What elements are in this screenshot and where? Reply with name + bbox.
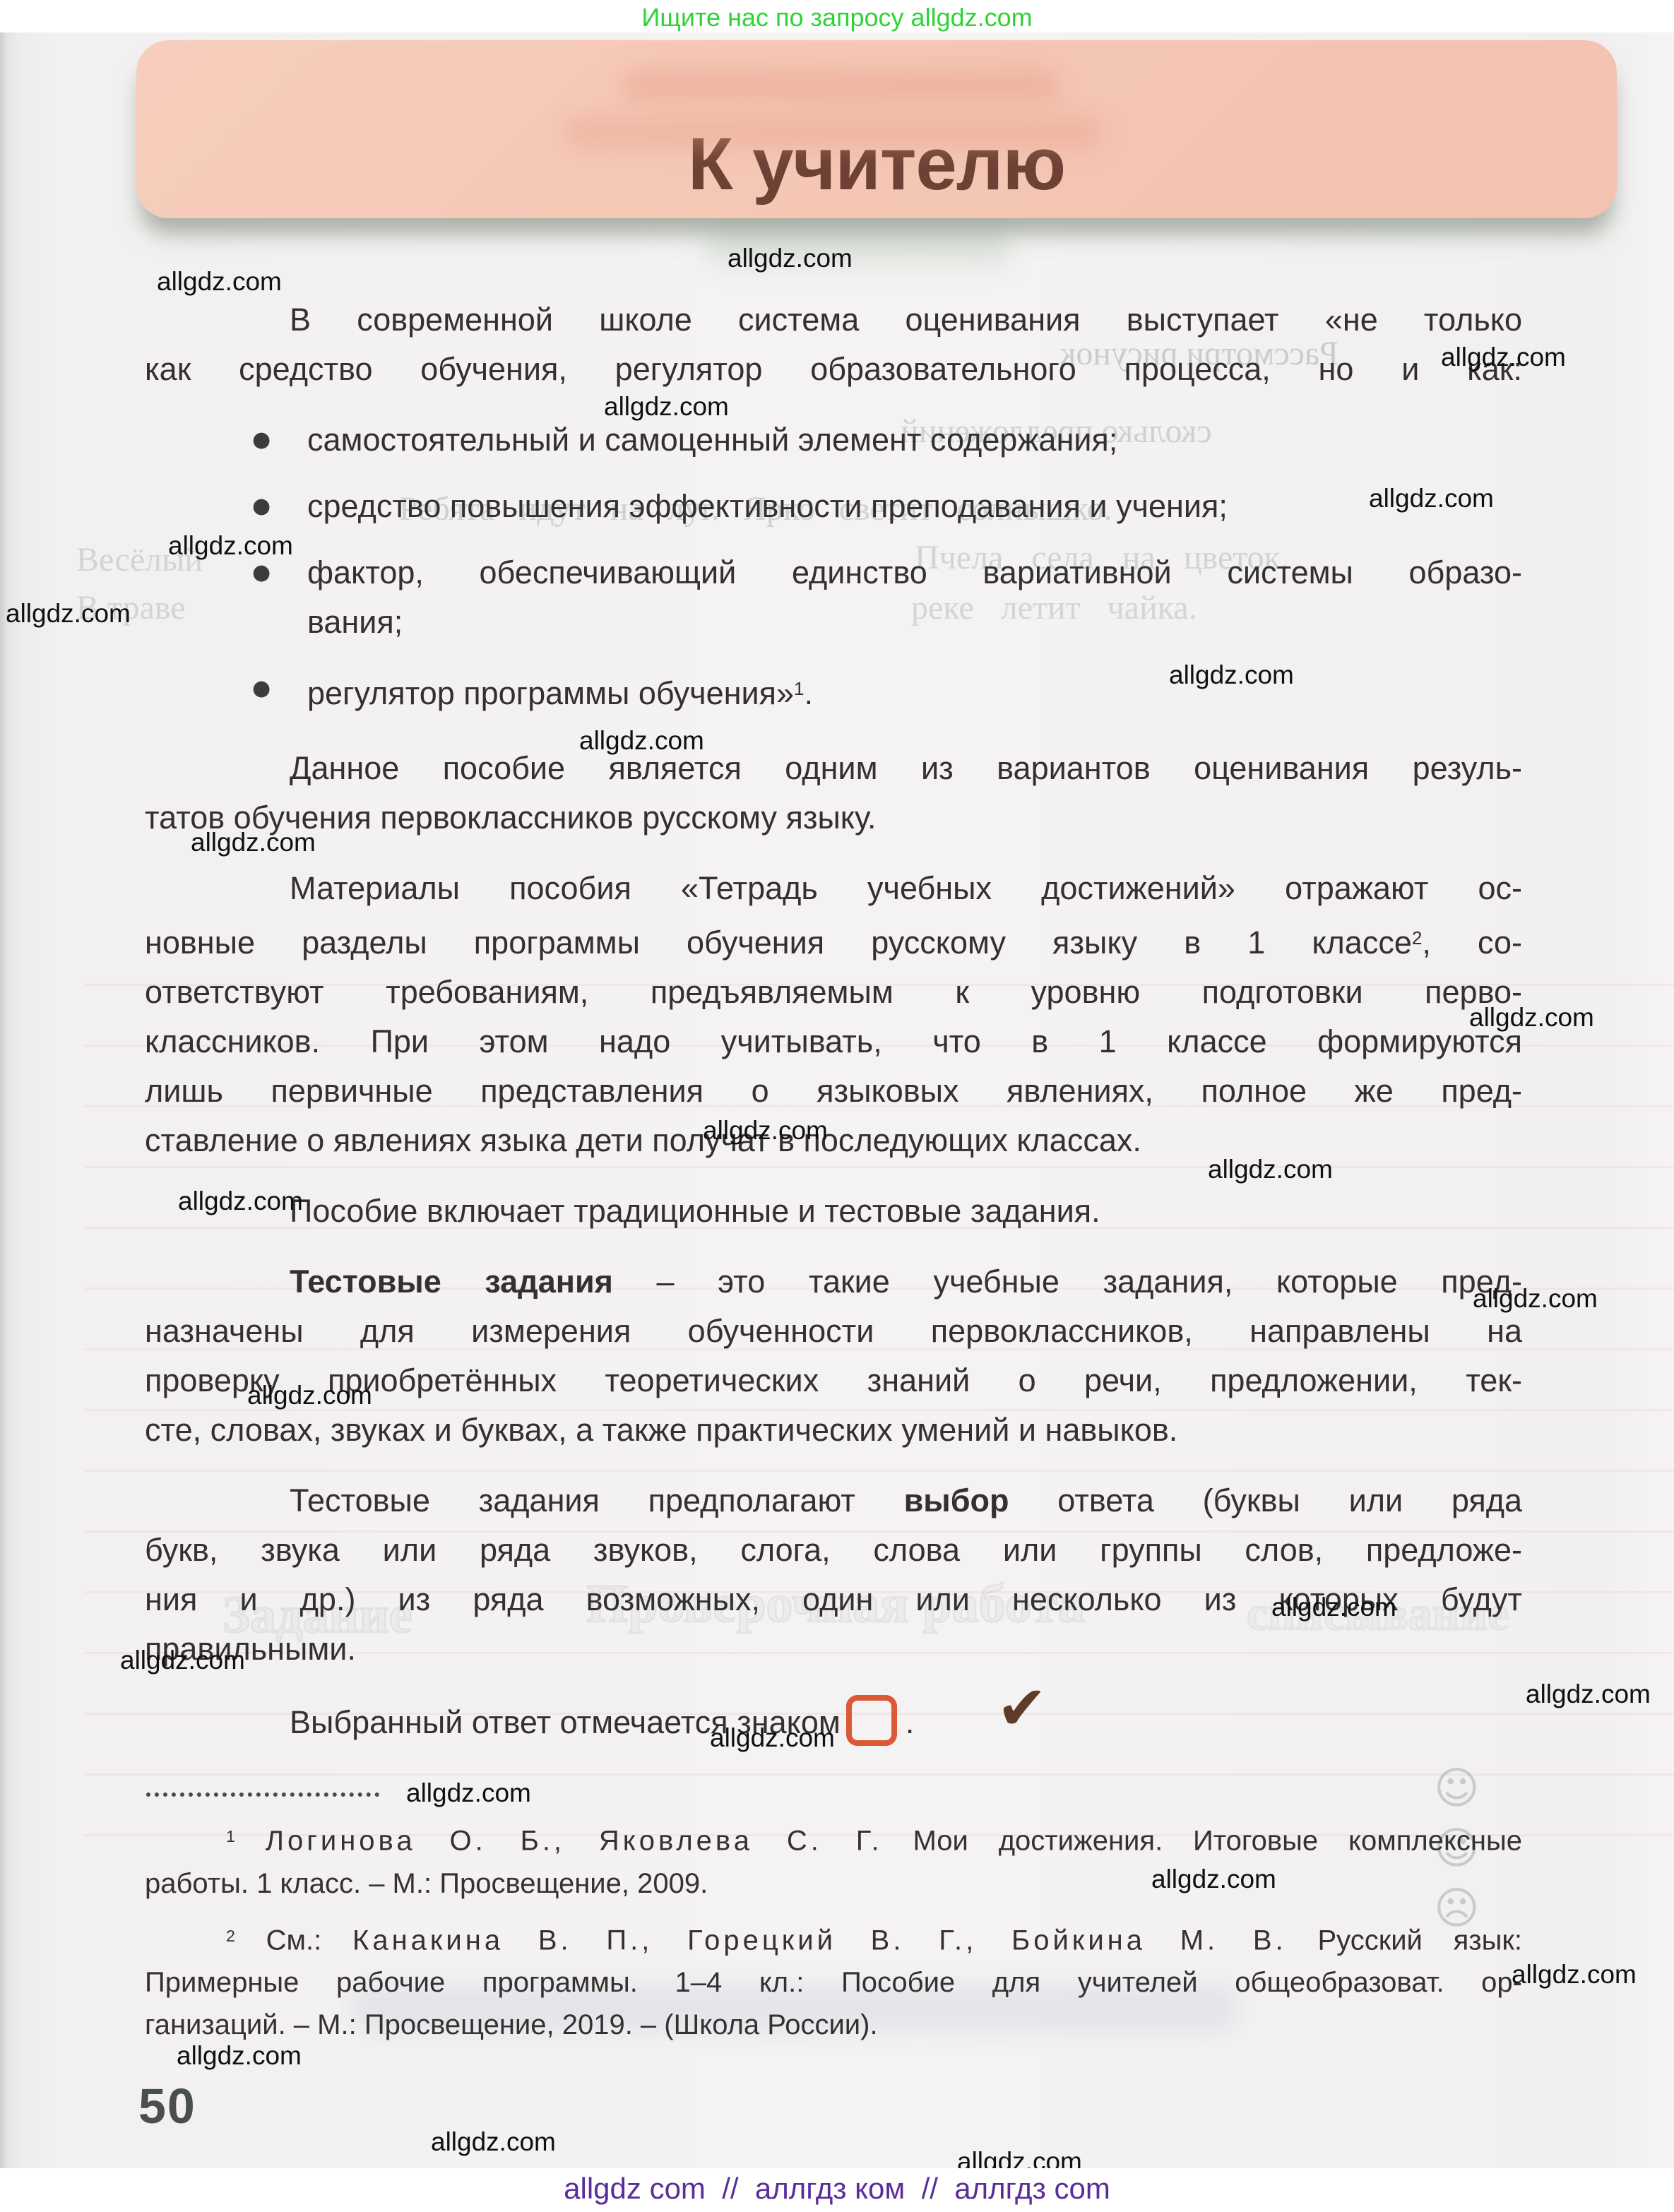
text-line: работы. 1 класс. – М.: Просвещение, 2009… (145, 1862, 1522, 1905)
watermark: allgdz.com (1469, 1003, 1594, 1033)
footnote-list: 1 Логинова О. Б., Яковлева С. Г. Мои дос… (145, 1815, 1522, 2046)
watermark: allgdz.com (728, 244, 853, 273)
bullet-dot-icon: ● (252, 415, 271, 465)
text-line: назначены для измерения обученности перв… (145, 1307, 1522, 1356)
page-title: К учителю (136, 122, 1617, 207)
footnote-separator (146, 1792, 379, 1797)
watermark: allgdz.com (1208, 1155, 1333, 1184)
text-line: татов обучения первоклассников русскому … (145, 793, 1522, 843)
text-segment: Материалы пособия «Тетрадь учебных дости… (290, 870, 1522, 906)
watermark: allgdz.com (431, 2127, 556, 2157)
text-line: Материалы пособия «Тетрадь учебных дости… (145, 864, 1522, 913)
text-segment: Русский язык: (1287, 1925, 1522, 1956)
text-segment: классников. При этом надо учитывать, что… (145, 1023, 1522, 1059)
paragraph: Материалы пособия «Тетрадь учебных дости… (145, 864, 1522, 1165)
text-segment: ставление о явлениях языка дети получат … (145, 1122, 1141, 1158)
superscript: 2 (1412, 927, 1423, 949)
text-segment: букв, звука или ряда звуков, слога, слов… (145, 1532, 1522, 1568)
watermark: allgdz.com (1271, 1593, 1396, 1622)
watermark: allgdz.com (703, 1116, 828, 1146)
watermark: allgdz.com (1151, 1865, 1276, 1894)
text-segment: Мои достижения. Итоговые комплексные (883, 1826, 1522, 1857)
chapter-header-box: К учителю (136, 40, 1617, 218)
watermark: allgdz.com (1526, 1679, 1651, 1709)
watermark: allgdz.com (1512, 1960, 1637, 1990)
text-segment: Данное пособие является одним из вариант… (290, 750, 1522, 786)
text-line: лишь первичные представления о языковых … (145, 1066, 1522, 1116)
text-line: 1 Логинова О. Б., Яковлева С. Г. Мои дос… (145, 1815, 1522, 1862)
superscript: 1 (226, 1827, 235, 1845)
text-segment: Тестовые задания предполагают (290, 1482, 904, 1518)
bullet-item: ●фактор, обеспечивающий единство вариати… (145, 548, 1522, 647)
superscript: 1 (794, 678, 805, 699)
watermark: allgdz.com (247, 1381, 372, 1410)
paragraph: Данное пособие является одним из вариант… (145, 744, 1522, 843)
text-segment: ответствуют требованиям, предъявляемым к… (145, 974, 1522, 1010)
text-segment: ганизаций. – М.: Просвещение, 2019. – (Ш… (145, 2009, 878, 2040)
text-line: Примерные рабочие программы. 1–4 кл.: По… (145, 1961, 1522, 2004)
text-line: ганизаций. – М.: Просвещение, 2019. – (Ш… (145, 2004, 1522, 2046)
text-segment: новные разделы программы обучения русско… (145, 924, 1412, 961)
text-segment: лишь первичные представления о языковых … (145, 1073, 1522, 1109)
check-mark-glyph: ✔ (852, 1678, 1047, 1739)
watermark: allgdz.com (406, 1778, 531, 1808)
text-segment: как средство обучения, регулятор образов… (145, 351, 1522, 387)
watermark: allgdz.com (191, 828, 316, 857)
text-line: как средство обучения, регулятор образов… (145, 345, 1522, 394)
watermark: allgdz.com (177, 2041, 302, 2071)
watermark: allgdz.com (6, 599, 131, 629)
text-line: ответствуют требованиям, предъявляемым к… (145, 968, 1522, 1017)
site-branding: allgdz com // аллгдз ком // аллгдз com (0, 2168, 1674, 2209)
text-line: регулятор программы обучения»1. (307, 664, 1522, 718)
bullet-list: ●самостоятельный и самоценный элемент со… (145, 415, 1522, 718)
text-segment: ответа (буквы или ряда (1009, 1482, 1522, 1518)
text-segment: См.: (235, 1925, 352, 1956)
watermark: allgdz.com (178, 1187, 303, 1216)
text-line: новные разделы программы обучения русско… (145, 913, 1522, 968)
bullet-dot-icon: ● (252, 664, 271, 713)
text-segment: , со- (1422, 924, 1522, 961)
text-segment: . (805, 675, 814, 711)
bullet-dot-icon: ● (252, 482, 271, 531)
text-line: Тестовые задания – это такие учебные зад… (145, 1257, 1522, 1307)
text-segment: работы. 1 класс. – М.: Просвещение, 2009… (145, 1868, 708, 1899)
text-segment: сте, словах, звуках и буквах, а также пр… (145, 1412, 1177, 1448)
text-line: Данное пособие является одним из вариант… (145, 744, 1522, 793)
text-segment: назначены для измерения обученности перв… (145, 1313, 1522, 1349)
body-text: В современной школе система оценивания в… (145, 295, 1522, 1768)
text-line: сте, словах, звуках и буквах, а также пр… (145, 1405, 1522, 1455)
watermark: allgdz.com (710, 1723, 835, 1753)
text-line: вания; (307, 597, 1522, 647)
text-segment: В современной школе система оценивания в… (290, 302, 1522, 338)
text-line: Тестовые задания предполагают выбор отве… (145, 1476, 1522, 1526)
text-segment: Канакина В. П., Горецкий В. Г., Бойкина … (352, 1925, 1287, 1956)
text-line: самостоятельный и самоценный элемент сод… (307, 415, 1522, 465)
text-segment: Пособие включает традиционные и тестовые… (290, 1193, 1100, 1229)
text-segment: вания; (307, 604, 403, 640)
text-segment: самостоятельный и самоценный элемент сод… (307, 422, 1117, 458)
text-segment: регулятор программы обучения» (307, 675, 794, 711)
bullet-item: ●регулятор программы обучения»1. (145, 664, 1522, 718)
text-line: Пособие включает традиционные и тестовые… (145, 1187, 1522, 1236)
watermark: allgdz.com (579, 726, 704, 756)
text-segment: фактор, обеспечивающий единство вариатив… (307, 554, 1522, 590)
watermark: allgdz.com (157, 267, 282, 297)
checked-checkbox-icon: ✔ (846, 1695, 897, 1746)
text-segment: средство повышения эффективности препода… (307, 488, 1228, 524)
paragraph: 1 Логинова О. Б., Яковлева С. Г. Мои дос… (145, 1815, 1522, 1905)
paragraph: 2 См.: Канакина В. П., Горецкий В. Г., Б… (145, 1915, 1522, 2047)
watermark: allgdz.com (1169, 660, 1294, 690)
paragraph: В современной школе система оценивания в… (145, 295, 1522, 394)
page-number: 50 (138, 2078, 196, 2134)
superscript: 2 (226, 1927, 235, 1945)
watermark: allgdz.com (604, 392, 729, 422)
text-line: букв, звука или ряда звуков, слога, слов… (145, 1526, 1522, 1575)
watermark: allgdz.com (1441, 343, 1566, 372)
bullet-item: ●самостоятельный и самоценный элемент со… (145, 415, 1522, 465)
paragraph: Тестовые задания – это такие учебные зад… (145, 1257, 1522, 1455)
watermark: allgdz.com (1473, 1284, 1598, 1314)
bottom-strip: allgdz com // аллгдз ком // аллгдз com (0, 2168, 1674, 2212)
bullet-item: ●средство повышения эффективности препод… (145, 482, 1522, 531)
watermark: allgdz.com (168, 531, 293, 561)
text-segment: – это такие учебные задания, которые пре… (613, 1263, 1522, 1300)
paragraph: Тестовые задания предполагают выбор отве… (145, 1476, 1522, 1674)
text-line: В современной школе система оценивания в… (145, 295, 1522, 345)
paragraph: Пособие включает традиционные и тестовые… (145, 1187, 1522, 1236)
text-segment: Примерные рабочие программы. 1–4 кл.: По… (145, 1967, 1522, 1998)
watermark: allgdz.com (1369, 484, 1494, 513)
text-segment (235, 1826, 266, 1857)
text-line: фактор, обеспечивающий единство вариатив… (307, 548, 1522, 597)
bold-text: выбор (904, 1482, 1009, 1518)
promo-banner: Ищите нас по запросу allgdz.com (0, 3, 1674, 32)
text-segment: Логинова О. Б., Яковлева С. Г. (266, 1826, 883, 1857)
watermark: allgdz.com (120, 1646, 245, 1675)
text-line: 2 См.: Канакина В. П., Горецкий В. Г., Б… (145, 1915, 1522, 1962)
bold-text: Тестовые задания (290, 1263, 613, 1300)
text-line: классников. При этом надо учитывать, что… (145, 1017, 1522, 1066)
text-line: правильными. (145, 1624, 1522, 1674)
text-line: средство повышения эффективности препода… (307, 482, 1522, 531)
footnotes: 1 Логинова О. Б., Яковлева С. Г. Мои дос… (145, 1792, 1522, 2056)
scanned-textbook-page: Ищите нас по запросу allgdz.com К учител… (0, 0, 1674, 2212)
